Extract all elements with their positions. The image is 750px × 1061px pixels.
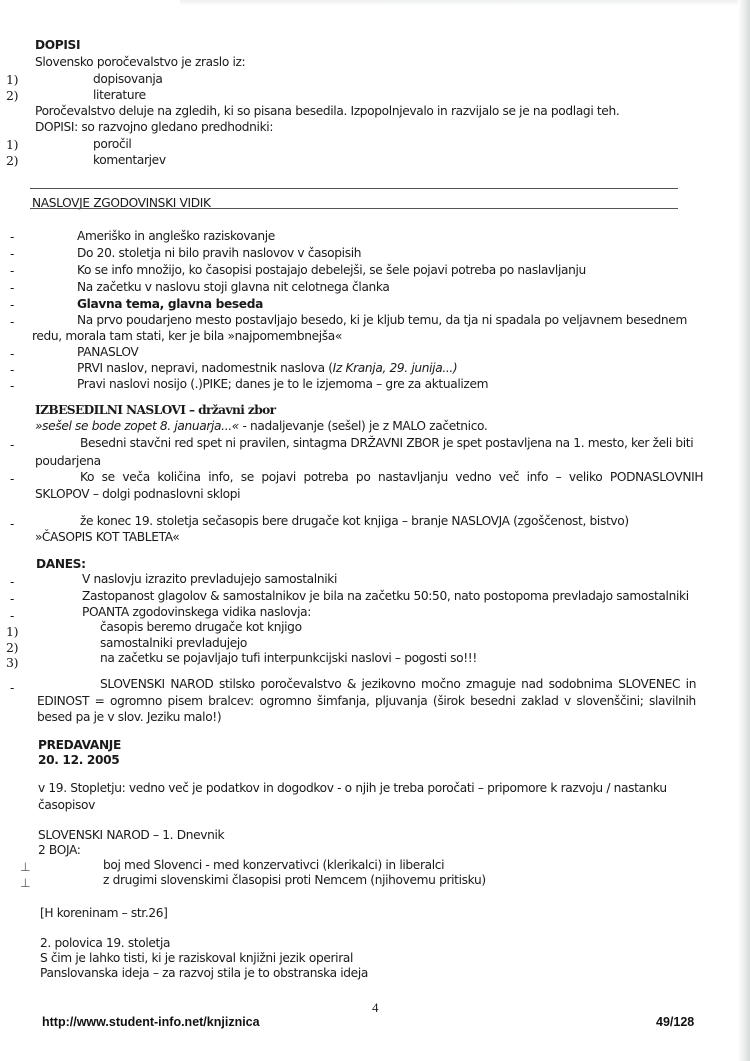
lecture-date: 20. 12. 2005	[38, 753, 119, 768]
list-marker: 2)	[6, 88, 18, 103]
list-marker: 1)	[6, 72, 18, 87]
list-item-bold: Glavna tema, glavna beseda	[77, 297, 263, 312]
paragraph-line: EDINOST = ogromno pisem bralcev: ogromno…	[37, 694, 696, 709]
page-number: 4	[372, 1000, 379, 1016]
section-rule-top	[30, 188, 678, 189]
list-item: poročil	[93, 137, 131, 152]
scan-edge-right	[738, 0, 750, 1061]
quote-line: »sešel se bode zopet 8. januarja...« - n…	[35, 419, 487, 434]
paragraph-line: 2. polovica 19. stoletja	[40, 936, 170, 951]
list-item: Ko se info množijo, ko časopisi postajaj…	[77, 263, 586, 278]
list-item: samostalniki prevladujejo	[100, 636, 247, 651]
bullet-dash: -	[10, 230, 14, 245]
dopisi-paragraph: DOPISI: so razvojno gledano predhodniki:	[35, 120, 273, 135]
bullet-dash: -	[10, 575, 14, 590]
list-marker: 2)	[6, 640, 18, 655]
paragraph-line: 2 BOJA:	[38, 843, 81, 858]
list-item: na začetku se pojavljajo tufi interpunkc…	[100, 651, 477, 666]
list-item: Do 20. stoletja ni bilo pravih naslovov …	[77, 246, 361, 261]
footer-url-link[interactable]: http://www.student-info.net/knjiznica	[42, 1015, 260, 1029]
paragraph-line: SLOVENSKI NAROD – 1. Dnevnik	[38, 828, 224, 843]
footer-page-count: 49/128	[656, 1015, 694, 1029]
bullet-dash: -	[10, 592, 14, 607]
heading-predavanje: PREDAVANJE	[38, 738, 121, 753]
paragraph-line: Panslovanska ideja – za razvoj stila je …	[40, 966, 368, 981]
list-item: Pravi naslovi nosijo (.)PIKE; danes je t…	[77, 377, 488, 392]
paragraph-line: besed pa je v slov. Jeziku malo!)	[37, 710, 221, 725]
list-item: Na začetku v naslovu stoji glavna nit ce…	[77, 280, 390, 295]
bullet-dash: -	[10, 315, 14, 330]
list-item-continuation: redu, morala tam stati, ker je bila »naj…	[32, 329, 342, 344]
list-item: PANASLOV	[77, 345, 138, 360]
bullet-dash: -	[10, 347, 14, 362]
list-item-continuation: SKLOPOV – dolgi podnaslovni sklopi	[35, 487, 240, 502]
arrow-icon: ⊥	[20, 876, 30, 891]
bullet-dash: -	[10, 298, 14, 313]
reference: [H koreninam – str.26]	[40, 906, 168, 921]
bullet-dash: -	[10, 379, 14, 394]
list-item: Besedni stavčni red spet ni pravilen, si…	[80, 436, 693, 451]
list-item: Zastopanost glagolov & samostalnikov je …	[82, 589, 689, 604]
list-item: že konec 19. stoletja sečasopis bere dru…	[80, 514, 629, 529]
paragraph-line: S čim je lahko tisti, ki je raziskoval k…	[40, 951, 353, 966]
dopisi-paragraph: Poročevalstvo deluje na zgledih, ki so p…	[35, 104, 619, 119]
bullet-dash: -	[10, 609, 14, 624]
heading-danes: DANES:	[36, 557, 86, 572]
bullet-dash: -	[10, 247, 14, 262]
list-item: časopis beremo drugače kot knjigo	[100, 620, 302, 635]
bullet-dash: -	[10, 281, 14, 296]
scan-edge-top	[180, 0, 740, 6]
heading-izbesedilni: IZBESEDILNI NASLOVI – državni zbor	[35, 403, 275, 418]
list-item: Ameriško in angleško raziskovanje	[77, 229, 275, 244]
paragraph-line: v 19. Stopletju: vedno več je podatkov i…	[38, 781, 667, 796]
bullet-dash: -	[10, 264, 14, 279]
list-item: dopisovanja	[93, 72, 163, 87]
list-marker: 1)	[6, 624, 18, 639]
list-marker: 3)	[6, 655, 18, 670]
bullet-dash: -	[10, 363, 14, 378]
list-item: PRVI naslov, nepravi, nadomestnik naslov…	[77, 361, 457, 376]
paragraph-line: SLOVENSKI NAROD stilsko poročevalstvo & …	[100, 677, 696, 692]
section-rule-bottom	[30, 208, 678, 209]
list-item: V naslovju izrazito prevladujejo samosta…	[82, 572, 337, 587]
bullet-dash: -	[10, 472, 14, 487]
list-item: komentarjev	[93, 153, 166, 168]
arrow-icon: ⊥	[20, 860, 30, 875]
list-marker: 1)	[6, 137, 18, 152]
list-item-continuation: poudarjena	[35, 454, 101, 469]
dopisi-intro: Slovensko poročevalstvo je zraslo iz:	[35, 55, 245, 70]
list-item: Ko se veča količina info, se pojavi potr…	[80, 470, 703, 485]
list-item: boj med Slovenci - med konzervativci (kl…	[103, 858, 444, 873]
list-item: Na prvo poudarjeno mesto postavljajo bes…	[77, 313, 687, 328]
list-item-continuation: »ČASOPIS KOT TABLETA«	[35, 530, 179, 545]
bullet-dash: -	[10, 517, 14, 532]
paragraph-line: časopisov	[38, 798, 95, 813]
list-item: literature	[93, 88, 146, 103]
heading-dopisi: DOPISI	[35, 38, 80, 53]
list-marker: 2)	[6, 153, 18, 168]
bullet-dash: -	[10, 438, 14, 453]
list-item: z drugimi slovenskimi člasopisi proti Ne…	[103, 873, 486, 888]
list-item: POANTA zgodovinskega vidika naslovja:	[82, 605, 311, 620]
bullet-dash: -	[10, 681, 14, 696]
